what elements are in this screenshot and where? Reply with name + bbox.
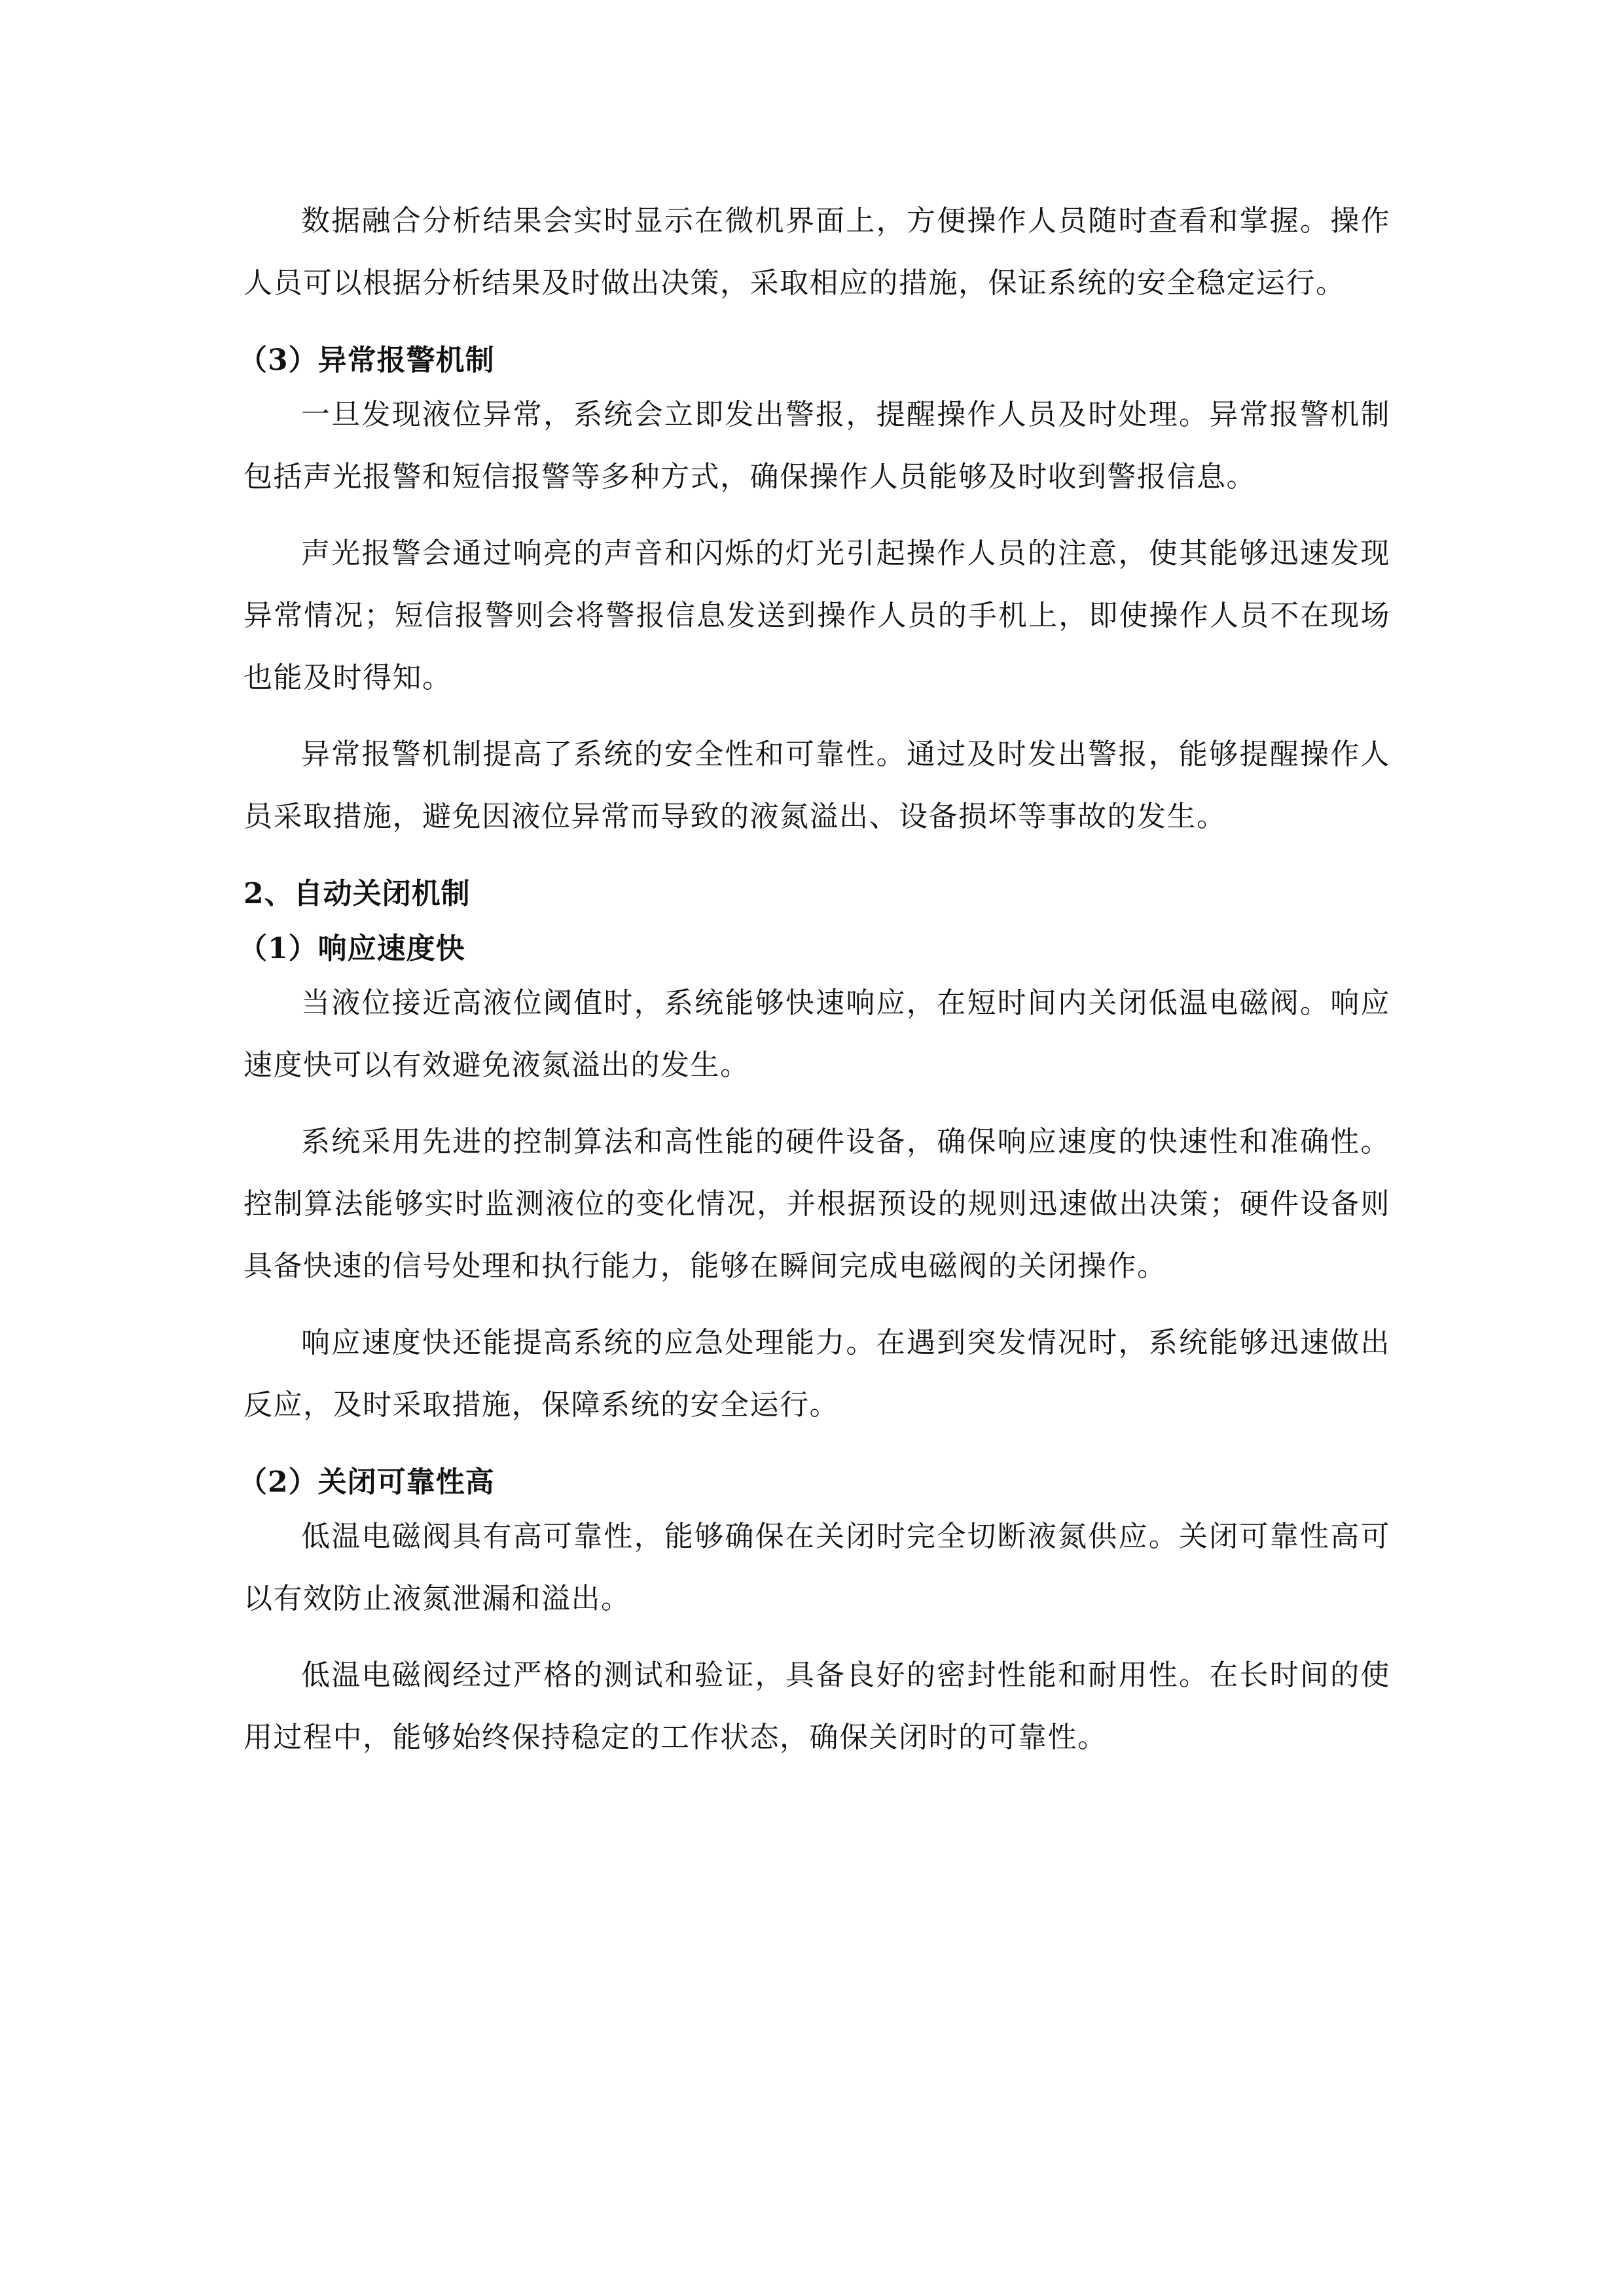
subheading-shutoff-reliability: （2）关闭可靠性高: [238, 1460, 1390, 1505]
paragraph-alarm-overview: 一旦发现液位异常，系统会立即发出警报，提醒操作人员及时处理。异常报警机制包括声光…: [244, 384, 1390, 508]
paragraph-reliability-testing: 低温电磁阀经过严格的测试和验证，具备良好的密封性能和耐用性。在长时间的使用过程中…: [244, 1644, 1390, 1768]
paragraph-response-algorithm: 系统采用先进的控制算法和高性能的硬件设备，确保响应速度的快速性和准确性。控制算法…: [244, 1111, 1390, 1297]
subheading-abnormal-alarm: （3）异常报警机制: [238, 338, 1390, 384]
paragraph-reliability-overview: 低温电磁阀具有高可靠性，能够确保在关闭时完全切断液氮供应。关闭可靠性高可以有效防…: [244, 1505, 1390, 1630]
paragraph-alarm-methods: 声光报警会通过响亮的声音和闪烁的灯光引起操作人员的注意，使其能够迅速发现异常情况…: [244, 522, 1390, 709]
paragraph-data-fusion-display: 数据融合分析结果会实时显示在微机界面上，方便操作人员随时查看和掌握。操作人员可以…: [244, 190, 1390, 314]
paragraph-response-emergency: 响应速度快还能提高系统的应急处理能力。在遇到突发情况时，系统能够迅速做出反应，及…: [244, 1312, 1390, 1436]
heading-auto-shutoff: 2、自动关闭机制: [244, 871, 1390, 917]
paragraph-alarm-benefits: 异常报警机制提高了系统的安全性和可靠性。通过及时发出警报，能够提醒操作人员采取措…: [244, 723, 1390, 848]
subheading-fast-response: （1）响应速度快: [238, 926, 1390, 972]
paragraph-response-overview: 当液位接近高液位阈值时，系统能够快速响应，在短时间内关闭低温电磁阀。响应速度快可…: [244, 972, 1390, 1096]
document-page: 数据融合分析结果会实时显示在微机界面上，方便操作人员随时查看和掌握。操作人员可以…: [244, 190, 1390, 1783]
